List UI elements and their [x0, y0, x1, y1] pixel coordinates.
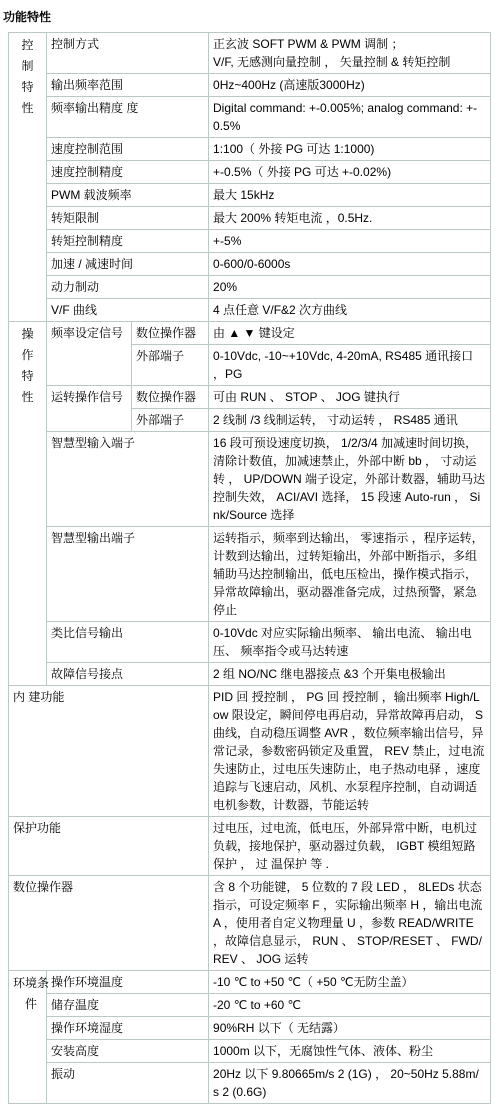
- table-row: 运转操作信号 数位操作器 可由 RUN 、 STOP 、 JOG 键执行: [9, 386, 491, 409]
- spec-label: 振动: [47, 1063, 209, 1104]
- spec-group-label: 频率设定信号: [47, 322, 132, 386]
- spec-value: 0-600/0-6000s: [209, 253, 491, 276]
- spec-value: 90%RH 以下（ 无结露）: [209, 1017, 491, 1040]
- spec-value: +-0.5%（ 外接 PG 可达 +-0.02%): [209, 161, 491, 184]
- spec-label: 速度控制范围: [47, 138, 209, 161]
- table-row: V/F 曲线 4 点任意 V/F&2 次方曲线: [9, 299, 491, 322]
- table-row: PWM 载波频率 最大 15kHz: [9, 184, 491, 207]
- spec-value: +-5%: [209, 230, 491, 253]
- category-label: 环境条件: [13, 973, 49, 1015]
- table-row: 转矩控制精度 +-5%: [9, 230, 491, 253]
- spec-value: 20%: [209, 276, 491, 299]
- spec-label: 类比信号输出: [47, 622, 209, 663]
- spec-label: 内 建功能: [9, 686, 209, 817]
- spec-value: -10 ℃ to +50 ℃（ +50 ℃无防尘盖）: [209, 971, 491, 994]
- table-row: 智慧型输出端子 运转指示，频率到达输出， 零速指示 ，程序运转，计数到达输出，过…: [9, 527, 491, 622]
- table-row: 数位操作器 含 8 个功能键， 5 位数的 7 段 LED ， 8LEDs 状态…: [9, 876, 491, 971]
- spec-label: PWM 载波频率: [47, 184, 209, 207]
- spec-value: 可由 RUN 、 STOP 、 JOG 键执行: [209, 386, 491, 409]
- table-row: 转矩限制 最大 200% 转矩电流 ，0.5Hz.: [9, 207, 491, 230]
- spec-value: 0Hz~400Hz (高速版3000Hz): [209, 74, 491, 97]
- table-row: 速度控制精度 +-0.5%（ 外接 PG 可达 +-0.02%): [9, 161, 491, 184]
- table-row: 故障信号接点 2 组 NO/NC 继电器接点 &3 个开集电极输出: [9, 663, 491, 686]
- category-label: 操作特性: [22, 324, 34, 408]
- spec-label: 加速 / 减速时间: [47, 253, 209, 276]
- spec-label: 操作环境温度: [47, 971, 209, 994]
- spec-label: 控制方式: [47, 33, 209, 74]
- category-cell-operation: 操作特性: [9, 322, 47, 686]
- spec-value: 20Hz 以下 9.80665m/s 2 (1G) ， 20~50Hz 5.88…: [209, 1063, 491, 1104]
- spec-value: 0-10Vdc, -10~+10Vdc, 4-20mA, RS485 通讯接口 …: [209, 345, 491, 386]
- table-row: 操作特性 频率设定信号 数位操作器 由 ▲ ▼ 键设定: [9, 322, 491, 345]
- spec-sublabel: 数位操作器: [132, 322, 209, 345]
- table-row: 内 建功能 PID 回 授控制 ， PG 回 授控制 ，输出频率 High/Lo…: [9, 686, 491, 817]
- spec-value: -20 ℃ to +60 ℃: [209, 994, 491, 1017]
- table-row: 类比信号输出 0-10Vdc 对应实际输出频率、 输出电流、 输出电压、 频率指…: [9, 622, 491, 663]
- spec-label: V/F 曲线: [47, 299, 209, 322]
- spec-value: 过电压，过电流，低电压，外部异常中断，电机过负载，接地保护，驱动器过负载， IG…: [209, 817, 491, 876]
- spec-label: 输出频率范围: [47, 74, 209, 97]
- spec-value: 含 8 个功能键， 5 位数的 7 段 LED ， 8LEDs 状态指示，可设定…: [209, 876, 491, 971]
- page-title: 功能特性: [0, 0, 500, 32]
- spec-label: 数位操作器: [9, 876, 209, 971]
- spec-label: 故障信号接点: [47, 663, 209, 686]
- table-row: 操作环境湿度 90%RH 以下（ 无结露）: [9, 1017, 491, 1040]
- table-row: 振动 20Hz 以下 9.80665m/s 2 (1G) ， 20~50Hz 5…: [9, 1063, 491, 1104]
- spec-label: 智慧型输入端子: [47, 432, 209, 527]
- spec-value: 2 线制 /3 线制运转， 寸动运转 ， RS485 通讯: [209, 409, 491, 432]
- table-row: 储存温度 -20 ℃ to +60 ℃: [9, 994, 491, 1017]
- table-row: 输出频率范围 0Hz~400Hz (高速版3000Hz): [9, 74, 491, 97]
- spec-sublabel: 数位操作器: [132, 386, 209, 409]
- spec-value: 0-10Vdc 对应实际输出频率、 输出电流、 输出电压、 频率指令或马达转速: [209, 622, 491, 663]
- spec-value: 运转指示，频率到达输出， 零速指示 ，程序运转，计数到达输出，过转矩输出，外部中…: [209, 527, 491, 622]
- spec-value: 1:100（ 外接 PG 可达 1:1000): [209, 138, 491, 161]
- table-row: 频率输出精度 度 Digital command: +-0.005%; anal…: [9, 97, 491, 138]
- spec-label: 速度控制精度: [47, 161, 209, 184]
- spec-table: 控制特性 控制方式 正玄波 SOFT PWM & PWM 调制 ； V/F, 无…: [8, 32, 491, 1104]
- table-row: 环境条件 操作环境温度 -10 ℃ to +50 ℃（ +50 ℃无防尘盖）: [9, 971, 491, 994]
- spec-value: PID 回 授控制 ， PG 回 授控制 ，输出频率 High/Low 限设定，…: [209, 686, 491, 817]
- spec-label: 操作环境湿度: [47, 1017, 209, 1040]
- spec-label: 转矩限制: [47, 207, 209, 230]
- spec-label: 转矩控制精度: [47, 230, 209, 253]
- spec-value: 由 ▲ ▼ 键设定: [209, 322, 491, 345]
- spec-page: 功能特性 控制特性 控制方式 正玄波 SOFT PWM & PWM 调制 ； V…: [0, 0, 500, 1104]
- table-row: 动力制动 20%: [9, 276, 491, 299]
- category-label: 控制特性: [22, 35, 34, 119]
- spec-value: 最大 15kHz: [209, 184, 491, 207]
- spec-value: 最大 200% 转矩电流 ，0.5Hz.: [209, 207, 491, 230]
- spec-value: Digital command: +-0.005%; analog comman…: [209, 97, 491, 138]
- table-row: 智慧型输入端子 16 段可预设速度切换， 1/2/3/4 加减速时间切换，清除计…: [9, 432, 491, 527]
- category-cell-environment: 环境条件: [9, 971, 47, 1104]
- spec-label: 保护功能: [9, 817, 209, 876]
- spec-group-label: 运转操作信号: [47, 386, 132, 432]
- category-cell-control: 控制特性: [9, 33, 47, 322]
- spec-label: 动力制动: [47, 276, 209, 299]
- table-row: 保护功能 过电压，过电流，低电压，外部异常中断，电机过负载，接地保护，驱动器过负…: [9, 817, 491, 876]
- table-row: 速度控制范围 1:100（ 外接 PG 可达 1:1000): [9, 138, 491, 161]
- spec-sublabel: 外部端子: [132, 409, 209, 432]
- spec-label: 智慧型输出端子: [47, 527, 209, 622]
- table-row: 安装高度 1000m 以下，无腐蚀性气体、液体、粉尘: [9, 1040, 491, 1063]
- spec-label: 储存温度: [47, 994, 209, 1017]
- table-row: 控制特性 控制方式 正玄波 SOFT PWM & PWM 调制 ； V/F, 无…: [9, 33, 491, 74]
- spec-value: 16 段可预设速度切换， 1/2/3/4 加减速时间切换，清除计数值，加减速禁止…: [209, 432, 491, 527]
- table-row: 加速 / 减速时间 0-600/0-6000s: [9, 253, 491, 276]
- spec-value: 正玄波 SOFT PWM & PWM 调制 ； V/F, 无感测向量控制 ， 矢…: [209, 33, 491, 74]
- spec-label: 频率输出精度 度: [47, 97, 209, 138]
- spec-value: 2 组 NO/NC 继电器接点 &3 个开集电极输出: [209, 663, 491, 686]
- spec-value: 1000m 以下，无腐蚀性气体、液体、粉尘: [209, 1040, 491, 1063]
- spec-label: 安装高度: [47, 1040, 209, 1063]
- spec-sublabel: 外部端子: [132, 345, 209, 386]
- spec-value: 4 点任意 V/F&2 次方曲线: [209, 299, 491, 322]
